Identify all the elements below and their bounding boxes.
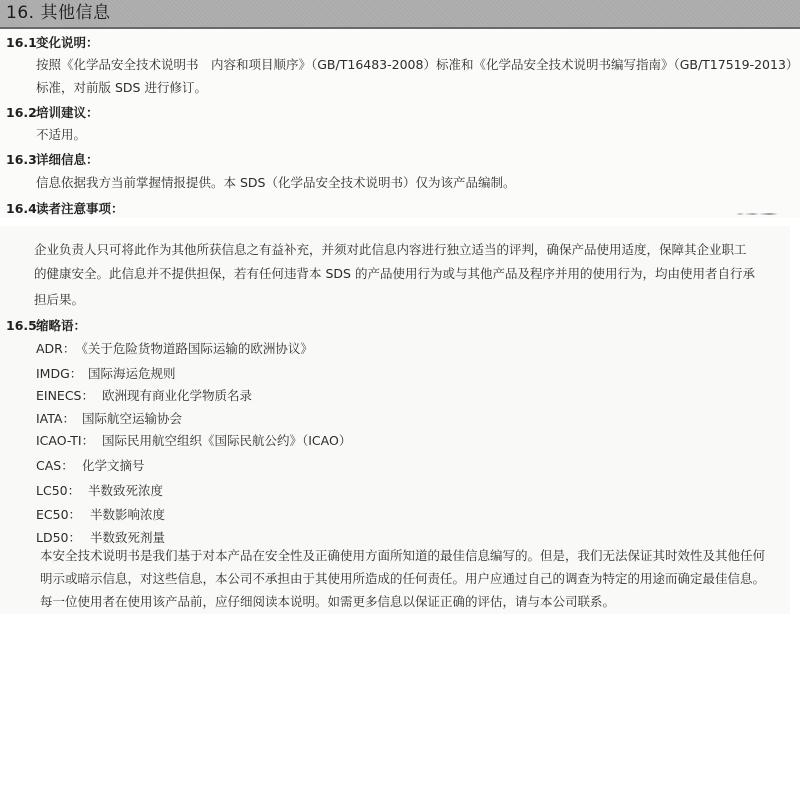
abbreviation-term: ICAO-TI：: [36, 433, 102, 449]
abbreviation-item-iata: IATA：国际航空运输协会: [36, 411, 182, 427]
abbreviation-term: IATA：: [36, 411, 82, 427]
subsection-title: 培训建议：: [36, 105, 99, 120]
paragraph-line: 的健康安全。此信息并不提供担保，若有任何违背本 SDS 的产品使用行为或与其他产…: [34, 266, 755, 282]
paragraph-line: 标准，对前版 SDS 进行修订。: [36, 80, 207, 96]
section-title: 16. 其他信息: [6, 2, 110, 24]
abbreviation-item-einecs: EINECS：欧洲现有商业化学物质名录: [36, 388, 252, 404]
subsection-title: 读者注意事项：: [36, 201, 124, 216]
abbreviation-term: CAS：: [36, 458, 82, 474]
page-blank-area: [6, 614, 800, 644]
subsection-number: 16.4: [6, 201, 36, 217]
scan-margin: [790, 226, 800, 614]
disclaimer-line: 每一位使用者在使用该产品前，应仔细阅读本说明。如需更多信息以保证正确的评估，请与…: [40, 594, 615, 610]
abbreviation-item-adr: ADR：《关于危险货物道路国际运输的欧洲协议》: [36, 341, 313, 357]
section-header-bar: 16. 其他信息: [0, 0, 800, 29]
abbreviation-term: LD50：: [36, 530, 90, 546]
subsection-title: 缩略语：: [36, 318, 86, 333]
abbreviation-definition: 半数影响浓度: [90, 507, 165, 523]
abbreviation-term: IMDG：: [36, 366, 88, 382]
abbreviation-item-cas: CAS：化学文摘号: [36, 458, 145, 474]
abbreviation-definition: 化学文摘号: [82, 458, 145, 474]
abbreviation-term: LC50：: [36, 483, 88, 499]
subsection-number: 16.5: [6, 318, 36, 334]
abbreviation-term: ADR：: [36, 341, 75, 357]
subsection-number: 16.1: [6, 35, 36, 51]
abbreviation-definition: 半数致死浓度: [88, 483, 163, 499]
paragraph-line: 担后果。: [34, 292, 84, 308]
abbreviation-definition: 《关于危险货物道路国际运输的欧洲协议》: [75, 341, 313, 357]
abbreviation-item-ld50: LD50：半数致死剂量: [36, 530, 165, 546]
subsection-heading-16-1: 16.1变化说明：: [6, 35, 99, 51]
scan-artifact: [736, 213, 778, 215]
paragraph-line: 企业负责人只可将此作为其他所获信息之有益补充，并须对此信息内容进行独立适当的评判…: [34, 242, 747, 258]
subsection-heading-16-3: 16.3详细信息：: [6, 152, 99, 168]
abbreviation-definition: 国际民用航空组织《国际民航公约》（ICAO）: [102, 433, 351, 449]
subsection-number: 16.2: [6, 105, 36, 121]
disclaimer-line: 明示或暗示信息，对这些信息，本公司不承担由于其使用所造成的任何责任。用户应通过自…: [40, 571, 765, 587]
abbreviation-definition: 半数致死剂量: [90, 530, 165, 546]
abbreviation-item-icao-ti: ICAO-TI：国际民用航空组织《国际民航公约》（ICAO）: [36, 433, 351, 449]
abbreviation-definition: 欧洲现有商业化学物质名录: [102, 388, 252, 404]
abbreviation-term: EC50：: [36, 507, 90, 523]
abbreviation-item-ec50: EC50：半数影响浓度: [36, 507, 165, 523]
paragraph-line: 信息依据我方当前掌握情报提供。本 SDS（化学品安全技术说明书）仅为该产品编制。: [36, 175, 515, 191]
abbreviation-term: EINECS：: [36, 388, 102, 404]
subsection-title: 变化说明：: [36, 35, 99, 50]
abbreviation-definition: 国际航空运输协会: [82, 411, 182, 427]
paragraph-line: 按照《化学品安全技术说明书 内容和项目顺序》（GB/T16483-2008）标准…: [36, 57, 798, 73]
abbreviation-item-lc50: LC50：半数致死浓度: [36, 483, 163, 499]
subsection-heading-16-5: 16.5缩略语：: [6, 318, 86, 334]
paragraph-line: 不适用。: [36, 127, 86, 143]
subsection-number: 16.3: [6, 152, 36, 168]
subsection-title: 详细信息：: [36, 152, 99, 167]
abbreviation-item-imdg: IMDG：国际海运危规则: [36, 366, 176, 382]
disclaimer-line: 本安全技术说明书是我们基于对本产品在安全性及正确使用方面所知道的最佳信息编写的。…: [40, 548, 765, 564]
abbreviation-definition: 国际海运危规则: [88, 366, 176, 382]
subsection-heading-16-2: 16.2培训建议：: [6, 105, 99, 121]
subsection-heading-16-4: 16.4读者注意事项：: [6, 201, 124, 217]
